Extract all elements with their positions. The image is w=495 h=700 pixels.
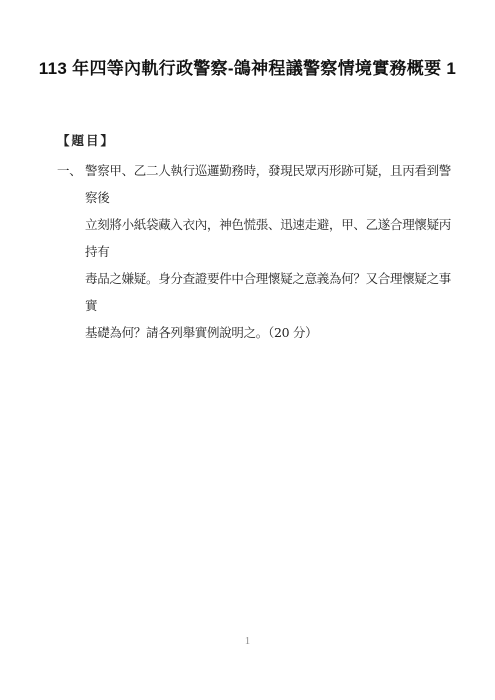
question-line: 一、 警察甲、乙二人執行巡邏勤務時，發現民眾丙形跡可疑，且丙看到警察後 <box>57 157 453 211</box>
page-number: 1 <box>0 636 495 647</box>
question-block: 一、 警察甲、乙二人執行巡邏勤務時，發現民眾丙形跡可疑，且丙看到警察後 立刻將小… <box>57 157 453 346</box>
question-line-text: 警察甲、乙二人執行巡邏勤務時，發現民眾丙形跡可疑，且丙看到警察後 <box>85 157 453 211</box>
question-line: 基礎為何？請各列舉實例說明之。（20 分） <box>57 319 453 346</box>
document-title: 113 年四等內軌行政警察-鴿神程議警察情境實務概要 1 <box>0 56 495 82</box>
question-number-marker: 一、 <box>57 157 85 211</box>
section-heading-topic: 【題目】 <box>57 131 115 149</box>
document-page: { "document": { "title": "113 年四等內軌行政警察-… <box>0 0 495 700</box>
question-line: 毒品之嫌疑。身分查證要件中合理懷疑之意義為何？又合理懷疑之事實 <box>57 265 453 319</box>
question-line: 立刻將小紙袋藏入衣內，神色慌張、迅速走避，甲、乙遂合理懷疑丙持有 <box>57 211 453 265</box>
